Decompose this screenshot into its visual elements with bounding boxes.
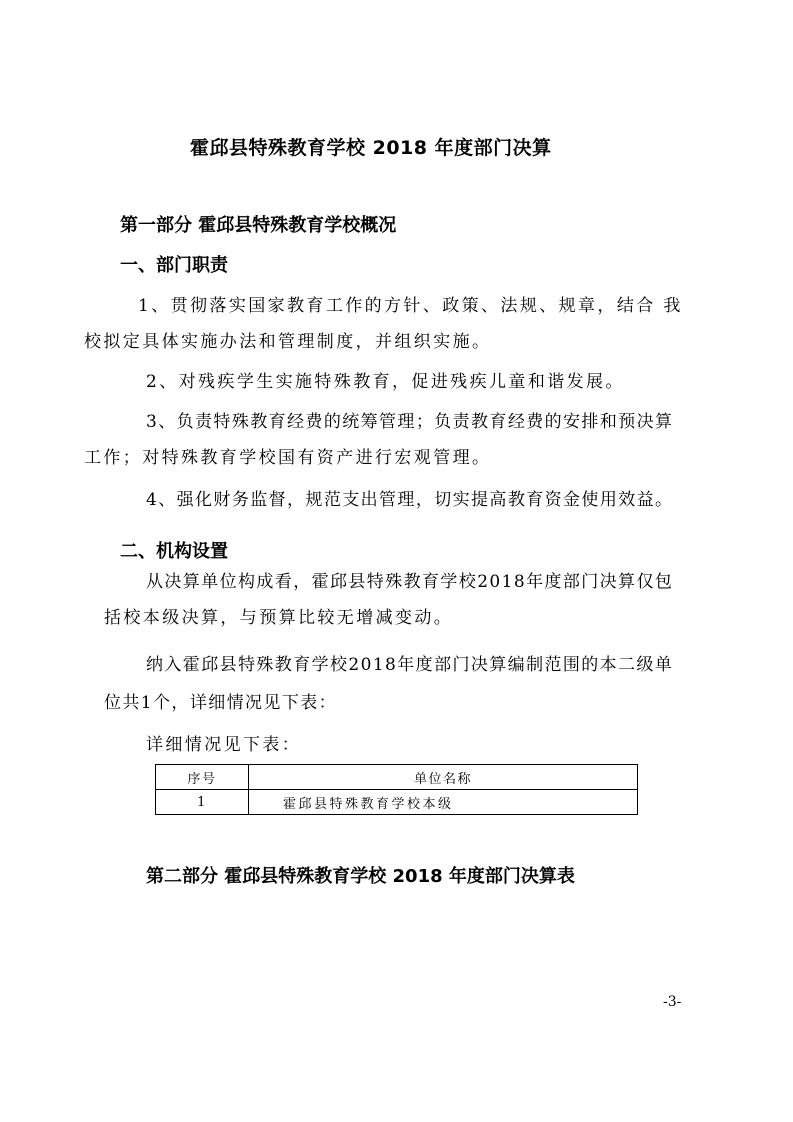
table-caption: 详细情况见下表： [146, 730, 301, 755]
duty-item-3-line1: 3、负责特殊教育经费的统筹管理；负责教育经费的安排和预决算 [146, 407, 673, 432]
row-index: 1 [156, 790, 249, 815]
document-title: 霍邱县特殊教育学校 2018 年度部门决算 [190, 133, 552, 160]
part2-heading: 第二部分 霍邱县特殊教育学校 2018 年度部门决算表 [146, 862, 575, 888]
duty-item-2: 2、对残疾学生实施特殊教育，促进残疾儿童和谐发展。 [146, 367, 625, 392]
section1-heading: 一、部门职责 [120, 251, 228, 277]
org-para1-line1: 从决算单位构成看，霍邱县特殊教育学校2018年度部门决算仅包 [146, 567, 673, 592]
part1-heading: 第一部分 霍邱县特殊教育学校概况 [120, 211, 396, 237]
row-unit-name: 霍邱县特殊教育学校本级 [249, 790, 638, 815]
section2-heading: 二、机构设置 [120, 537, 228, 563]
table-header-row: 序号 单位名称 [156, 765, 638, 790]
header-index: 序号 [156, 765, 249, 790]
duty-item-1-line2: 校拟定具体实施办法和管理制度，并组织实施。 [84, 327, 491, 352]
org-para2-line1: 纳入霍邱县特殊教育学校2018年度部门决算编制范围的本二级单 [146, 650, 673, 675]
duty-item-4: 4、强化财务监督，规范支出管理，切实提高教育资金使用效益。 [146, 485, 673, 510]
header-unit-name: 单位名称 [249, 765, 638, 790]
duty-item-3-line2: 工作；对特殊教育学校国有资产进行宏观管理。 [84, 443, 491, 468]
page-number: -3- [663, 994, 681, 1010]
org-para2-line2: 位共1个，详细情况见下表： [104, 688, 337, 713]
org-para1-line2: 括校本级决算，与预算比较无增减变动。 [104, 603, 453, 628]
duty-item-1-line1: 1、贯彻落实国家教育工作的方针、政策、法规、规章，结合 我 [138, 291, 683, 316]
table-row: 1 霍邱县特殊教育学校本级 [156, 790, 638, 815]
units-table: 序号 单位名称 1 霍邱县特殊教育学校本级 [155, 764, 638, 815]
